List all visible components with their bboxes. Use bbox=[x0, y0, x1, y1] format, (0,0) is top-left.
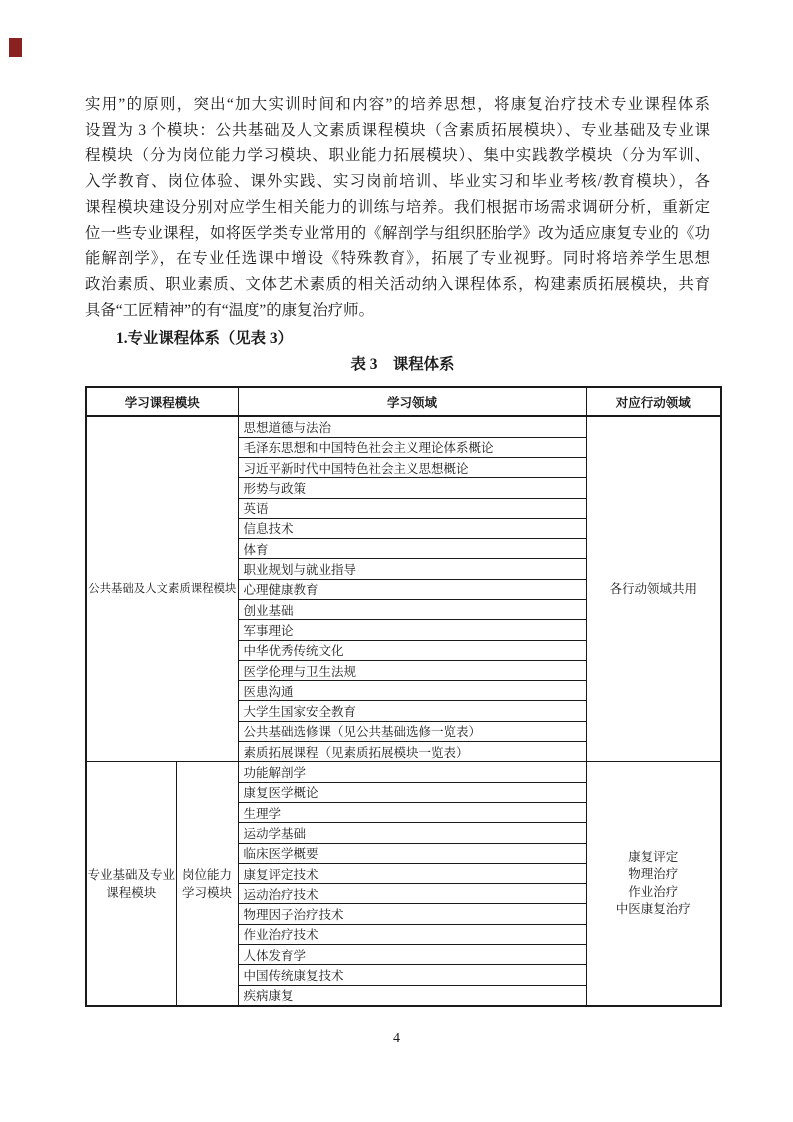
course-cell: 医学伦理与卫生法规 bbox=[238, 660, 586, 680]
section-heading: 1.专业课程体系（见表 3） bbox=[85, 326, 720, 352]
course-cell: 心理健康教育 bbox=[238, 579, 586, 599]
course-cell: 创业基础 bbox=[238, 600, 586, 620]
course-cell: 职业规划与就业指导 bbox=[238, 559, 586, 579]
annotation-mark bbox=[9, 38, 22, 57]
course-cell: 人体发育学 bbox=[238, 945, 586, 965]
action-domain-cell: 各行动领域共用 bbox=[586, 416, 721, 762]
col-header-action-domain: 对应行动领域 bbox=[586, 387, 721, 416]
paragraph-line: 能解剖学》，在专业任选课中增设《特殊教育》，拓展了专业视野。同时将培养学生思想 bbox=[85, 246, 710, 272]
table-row: 专业基础及专业课程模块岗位能力学习模块功能解剖学康复评定物理治疗作业治疗中医康复… bbox=[86, 762, 721, 782]
course-cell: 功能解剖学 bbox=[238, 762, 586, 782]
paragraph-line: 入学教育、岗位体验、课外实践、实习岗前培训、毕业实习和毕业考核/教育模块），各 bbox=[85, 169, 710, 195]
submodule-cell: 岗位能力学习模块 bbox=[176, 762, 238, 1006]
col-header-learning-domain: 学习领域 bbox=[238, 387, 586, 416]
paragraph-line: 政治素质、职业素质、文体艺术素质的相关活动纳入课程体系，构建素质拓展模块，共育 bbox=[85, 272, 710, 298]
course-cell: 思想道德与法治 bbox=[238, 416, 586, 437]
paragraph-line: 位一些专业课程，如将医学类专业常用的《解剖学与组织胚胎学》改为适应康复专业的《功 bbox=[85, 221, 710, 247]
course-cell: 毛泽东思想和中国特色社会主义理论体系概论 bbox=[238, 437, 586, 457]
action-domain-cell: 康复评定物理治疗作业治疗中医康复治疗 bbox=[586, 762, 721, 1006]
paragraph-line: 程模块（分为岗位能力学习模块、职业能力拓展模块）、集中实践教学模块（分为军训、 bbox=[85, 143, 710, 169]
action-domain-line: 中医康复治疗 bbox=[587, 901, 721, 919]
course-cell: 中国传统康复技术 bbox=[238, 965, 586, 985]
module-cell: 专业基础及专业课程模块 bbox=[86, 762, 176, 1006]
course-cell: 军事理论 bbox=[238, 620, 586, 640]
page-number: 4 bbox=[0, 1031, 793, 1047]
course-table: 学习课程模块 学习领域 对应行动领域 公共基础及人文素质课程模块思想道德与法治各… bbox=[85, 386, 722, 1007]
action-domain-line: 作业治疗 bbox=[587, 884, 721, 902]
body-paragraph: 实用”的原则，突出“加大实训时间和内容”的培养思想，将康复治疗技术专业课程体系设… bbox=[85, 92, 710, 323]
course-cell: 运动治疗技术 bbox=[238, 884, 586, 904]
course-cell: 运动学基础 bbox=[238, 823, 586, 843]
course-cell: 康复评定技术 bbox=[238, 863, 586, 883]
col-header-module: 学习课程模块 bbox=[86, 387, 238, 416]
paragraph-line: 课程模块建设分别对应学生相关能力的训练与培养。我们根据市场需求调研分析，重新定 bbox=[85, 195, 710, 221]
course-cell: 大学生国家安全教育 bbox=[238, 701, 586, 721]
action-domain-line: 物理治疗 bbox=[587, 866, 721, 884]
course-cell: 形势与政策 bbox=[238, 478, 586, 498]
course-cell: 体育 bbox=[238, 539, 586, 559]
paragraph-line: 具备“工匠精神”的有“温度”的康复治疗师。 bbox=[85, 298, 710, 324]
course-cell: 公共基础选修课（见公共基础选修一览表） bbox=[238, 721, 586, 741]
course-cell: 中华优秀传统文化 bbox=[238, 640, 586, 660]
paragraph-line: 设置为 3 个模块：公共基础及人文素质课程模块（含素质拓展模块）、专业基础及专业… bbox=[85, 118, 710, 144]
course-cell: 英语 bbox=[238, 498, 586, 518]
course-cell: 疾病康复 bbox=[238, 985, 586, 1006]
course-cell: 作业治疗技术 bbox=[238, 924, 586, 944]
course-cell: 医患沟通 bbox=[238, 681, 586, 701]
table-caption: 表 3 课程体系 bbox=[85, 353, 720, 377]
document-page: 实用”的原则，突出“加大实训时间和内容”的培养思想，将康复治疗技术专业课程体系设… bbox=[0, 0, 793, 1122]
table-row: 公共基础及人文素质课程模块思想道德与法治各行动领域共用 bbox=[86, 416, 721, 437]
paragraph-line: 实用”的原则，突出“加大实训时间和内容”的培养思想，将康复治疗技术专业课程体系 bbox=[85, 92, 710, 118]
action-domain-line: 康复评定 bbox=[587, 849, 721, 867]
module-cell: 公共基础及人文素质课程模块 bbox=[86, 416, 238, 762]
table-header-row: 学习课程模块 学习领域 对应行动领域 bbox=[86, 387, 721, 416]
course-cell: 习近平新时代中国特色社会主义思想概论 bbox=[238, 457, 586, 477]
course-cell: 临床医学概要 bbox=[238, 843, 586, 863]
course-cell: 素质拓展课程（见素质拓展模块一览表） bbox=[238, 742, 586, 762]
course-cell: 生理学 bbox=[238, 802, 586, 822]
course-cell: 康复医学概论 bbox=[238, 782, 586, 802]
course-cell: 物理因子治疗技术 bbox=[238, 904, 586, 924]
page-content: 实用”的原则，突出“加大实训时间和内容”的培养思想，将康复治疗技术专业课程体系设… bbox=[85, 92, 720, 1007]
course-cell: 信息技术 bbox=[238, 518, 586, 538]
